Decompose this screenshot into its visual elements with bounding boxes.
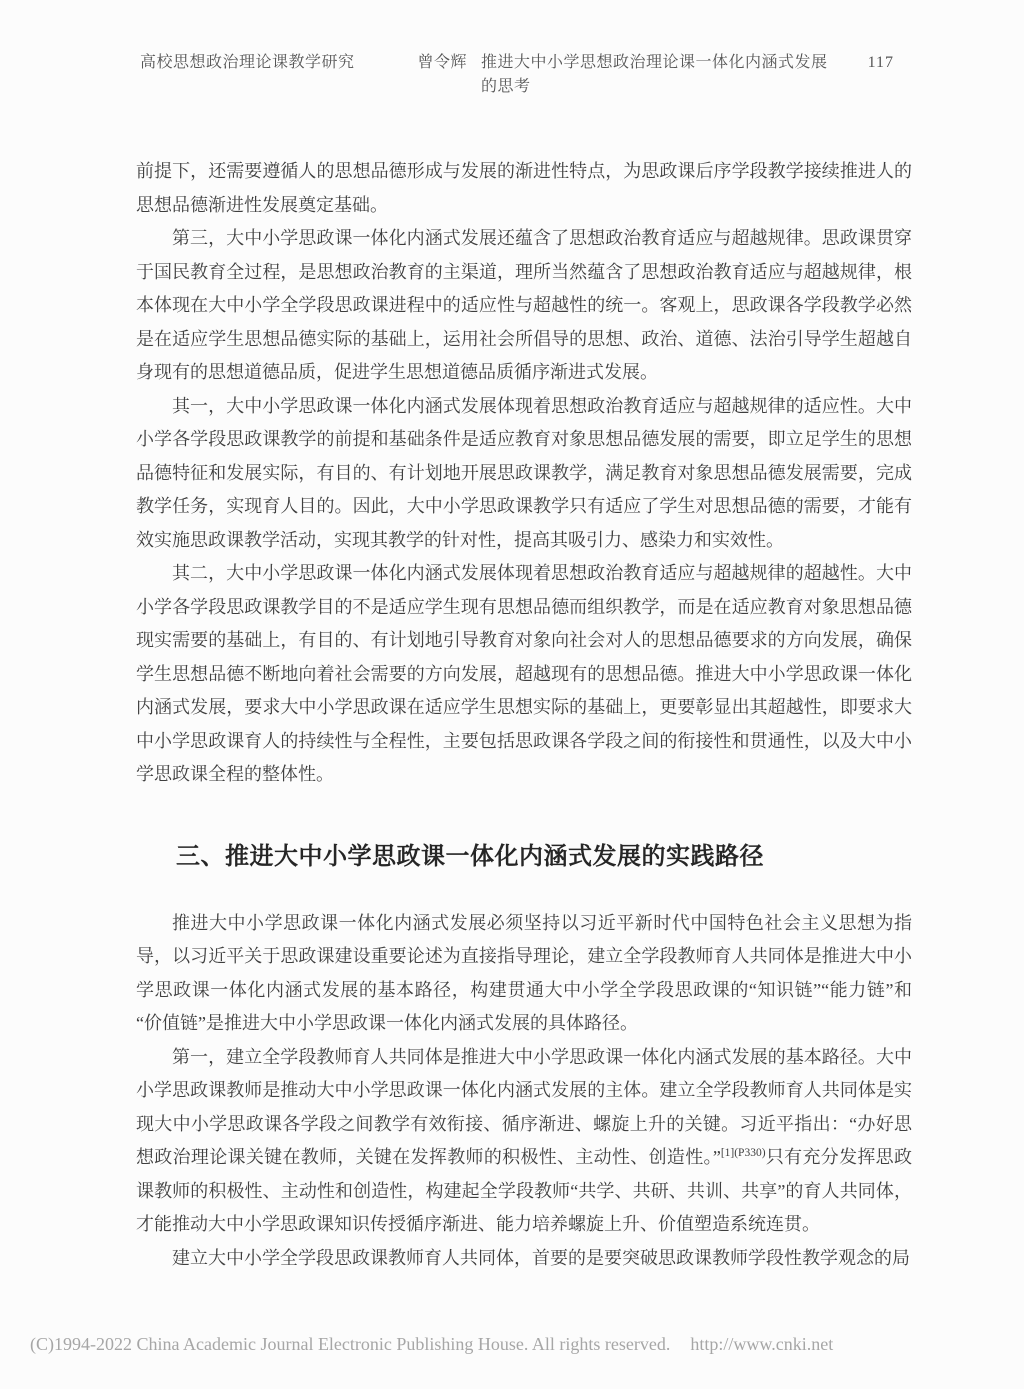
running-title: 曾令辉 推进大中小学思想政治理论课一体化内涵式发展的思考 <box>418 51 836 99</box>
citation-marker: [1](P330) <box>721 1147 766 1159</box>
page-header: 高校思想政治理论课教学研究 曾令辉 推进大中小学思想政治理论课一体化内涵式发展的… <box>140 51 894 99</box>
article-title: 推进大中小学思想政治理论课一体化内涵式发展的思考 <box>481 51 835 99</box>
document-page: 高校思想政治理论课教学研究 曾令辉 推进大中小学思想政治理论课一体化内涵式发展的… <box>0 0 1024 1389</box>
article-body: 前提下，还需要遵循人的思想品德形成与发展的渐进性特点，为思政课后序学段教学接续推… <box>136 155 912 1275</box>
paragraph: 其二，大中小学思政课一体化内涵式发展体现着思想政治教育适应与超越规律的超越性。大… <box>136 557 912 792</box>
page-number: 117 <box>868 51 894 75</box>
paragraph: 其一，大中小学思政课一体化内涵式发展体现着思想政治教育适应与超越规律的适应性。大… <box>136 390 912 558</box>
page-footer: (C)1994-2022 China Academic Journal Elec… <box>30 1331 994 1357</box>
paragraph-with-citation: 第一，建立全学段教师育人共同体是推进大中小学思政课一体化内涵式发展的基本路径。大… <box>136 1041 912 1242</box>
copyright-notice: (C)1994-2022 China Academic Journal Elec… <box>30 1331 670 1357</box>
author-name: 曾令辉 <box>418 51 468 75</box>
section-heading: 三、推进大中小学思政课一体化内涵式发展的实践路径 <box>176 839 912 875</box>
cnki-url: http://www.cnki.net <box>690 1331 833 1357</box>
paragraph-continuation: 前提下，还需要遵循人的思想品德形成与发展的渐进性特点，为思政课后序学段教学接续推… <box>136 155 912 222</box>
paragraph: 第三，大中小学思政课一体化内涵式发展还蕴含了思想政治教育适应与超越规律。思政课贯… <box>136 222 912 390</box>
paragraph: 推进大中小学思政课一体化内涵式发展必须坚持以习近平新时代中国特色社会主义思想为指… <box>136 907 912 1041</box>
paragraph: 建立大中小学全学段思政课教师育人共同体，首要的是要突破思政课教师学段性教学观念的… <box>136 1242 912 1276</box>
journal-name: 高校思想政治理论课教学研究 <box>140 51 355 75</box>
